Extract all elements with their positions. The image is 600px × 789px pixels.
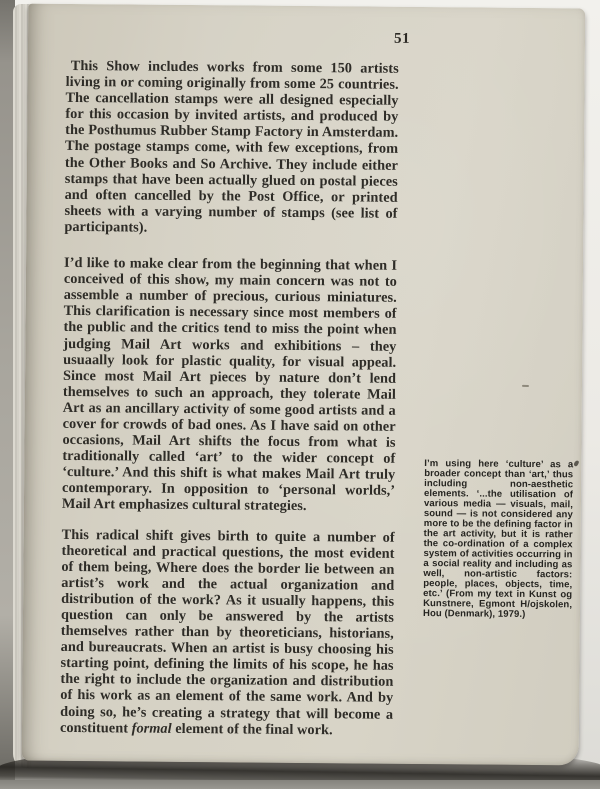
margin-footnote: I’m using here ‘culture’ as a broader co…	[423, 459, 573, 620]
book-page-photo: 51 This Show includes works from some 15…	[0, 0, 600, 789]
table-surface	[0, 780, 600, 789]
italic-word-formal: formal	[132, 720, 172, 736]
paragraph-radical-shift-text: This radical shift gives birth to quite …	[60, 526, 395, 736]
paragraph-mail-art-concern: I’d like to make clear from the beginnin…	[62, 255, 397, 515]
body-text-column: This Show includes works from some 150 a…	[60, 58, 399, 739]
paragraph-show-description: This Show includes works from some 150 a…	[64, 58, 399, 238]
paragraph-radical-shift-end: element of the final work.	[172, 721, 333, 738]
paper-speck	[522, 385, 529, 387]
book-page: 51 This Show includes works from some 15…	[22, 4, 586, 766]
page-number: 51	[394, 31, 410, 48]
paper-speck	[573, 460, 579, 467]
paragraph-radical-shift: This radical shift gives birth to quite …	[60, 526, 395, 738]
